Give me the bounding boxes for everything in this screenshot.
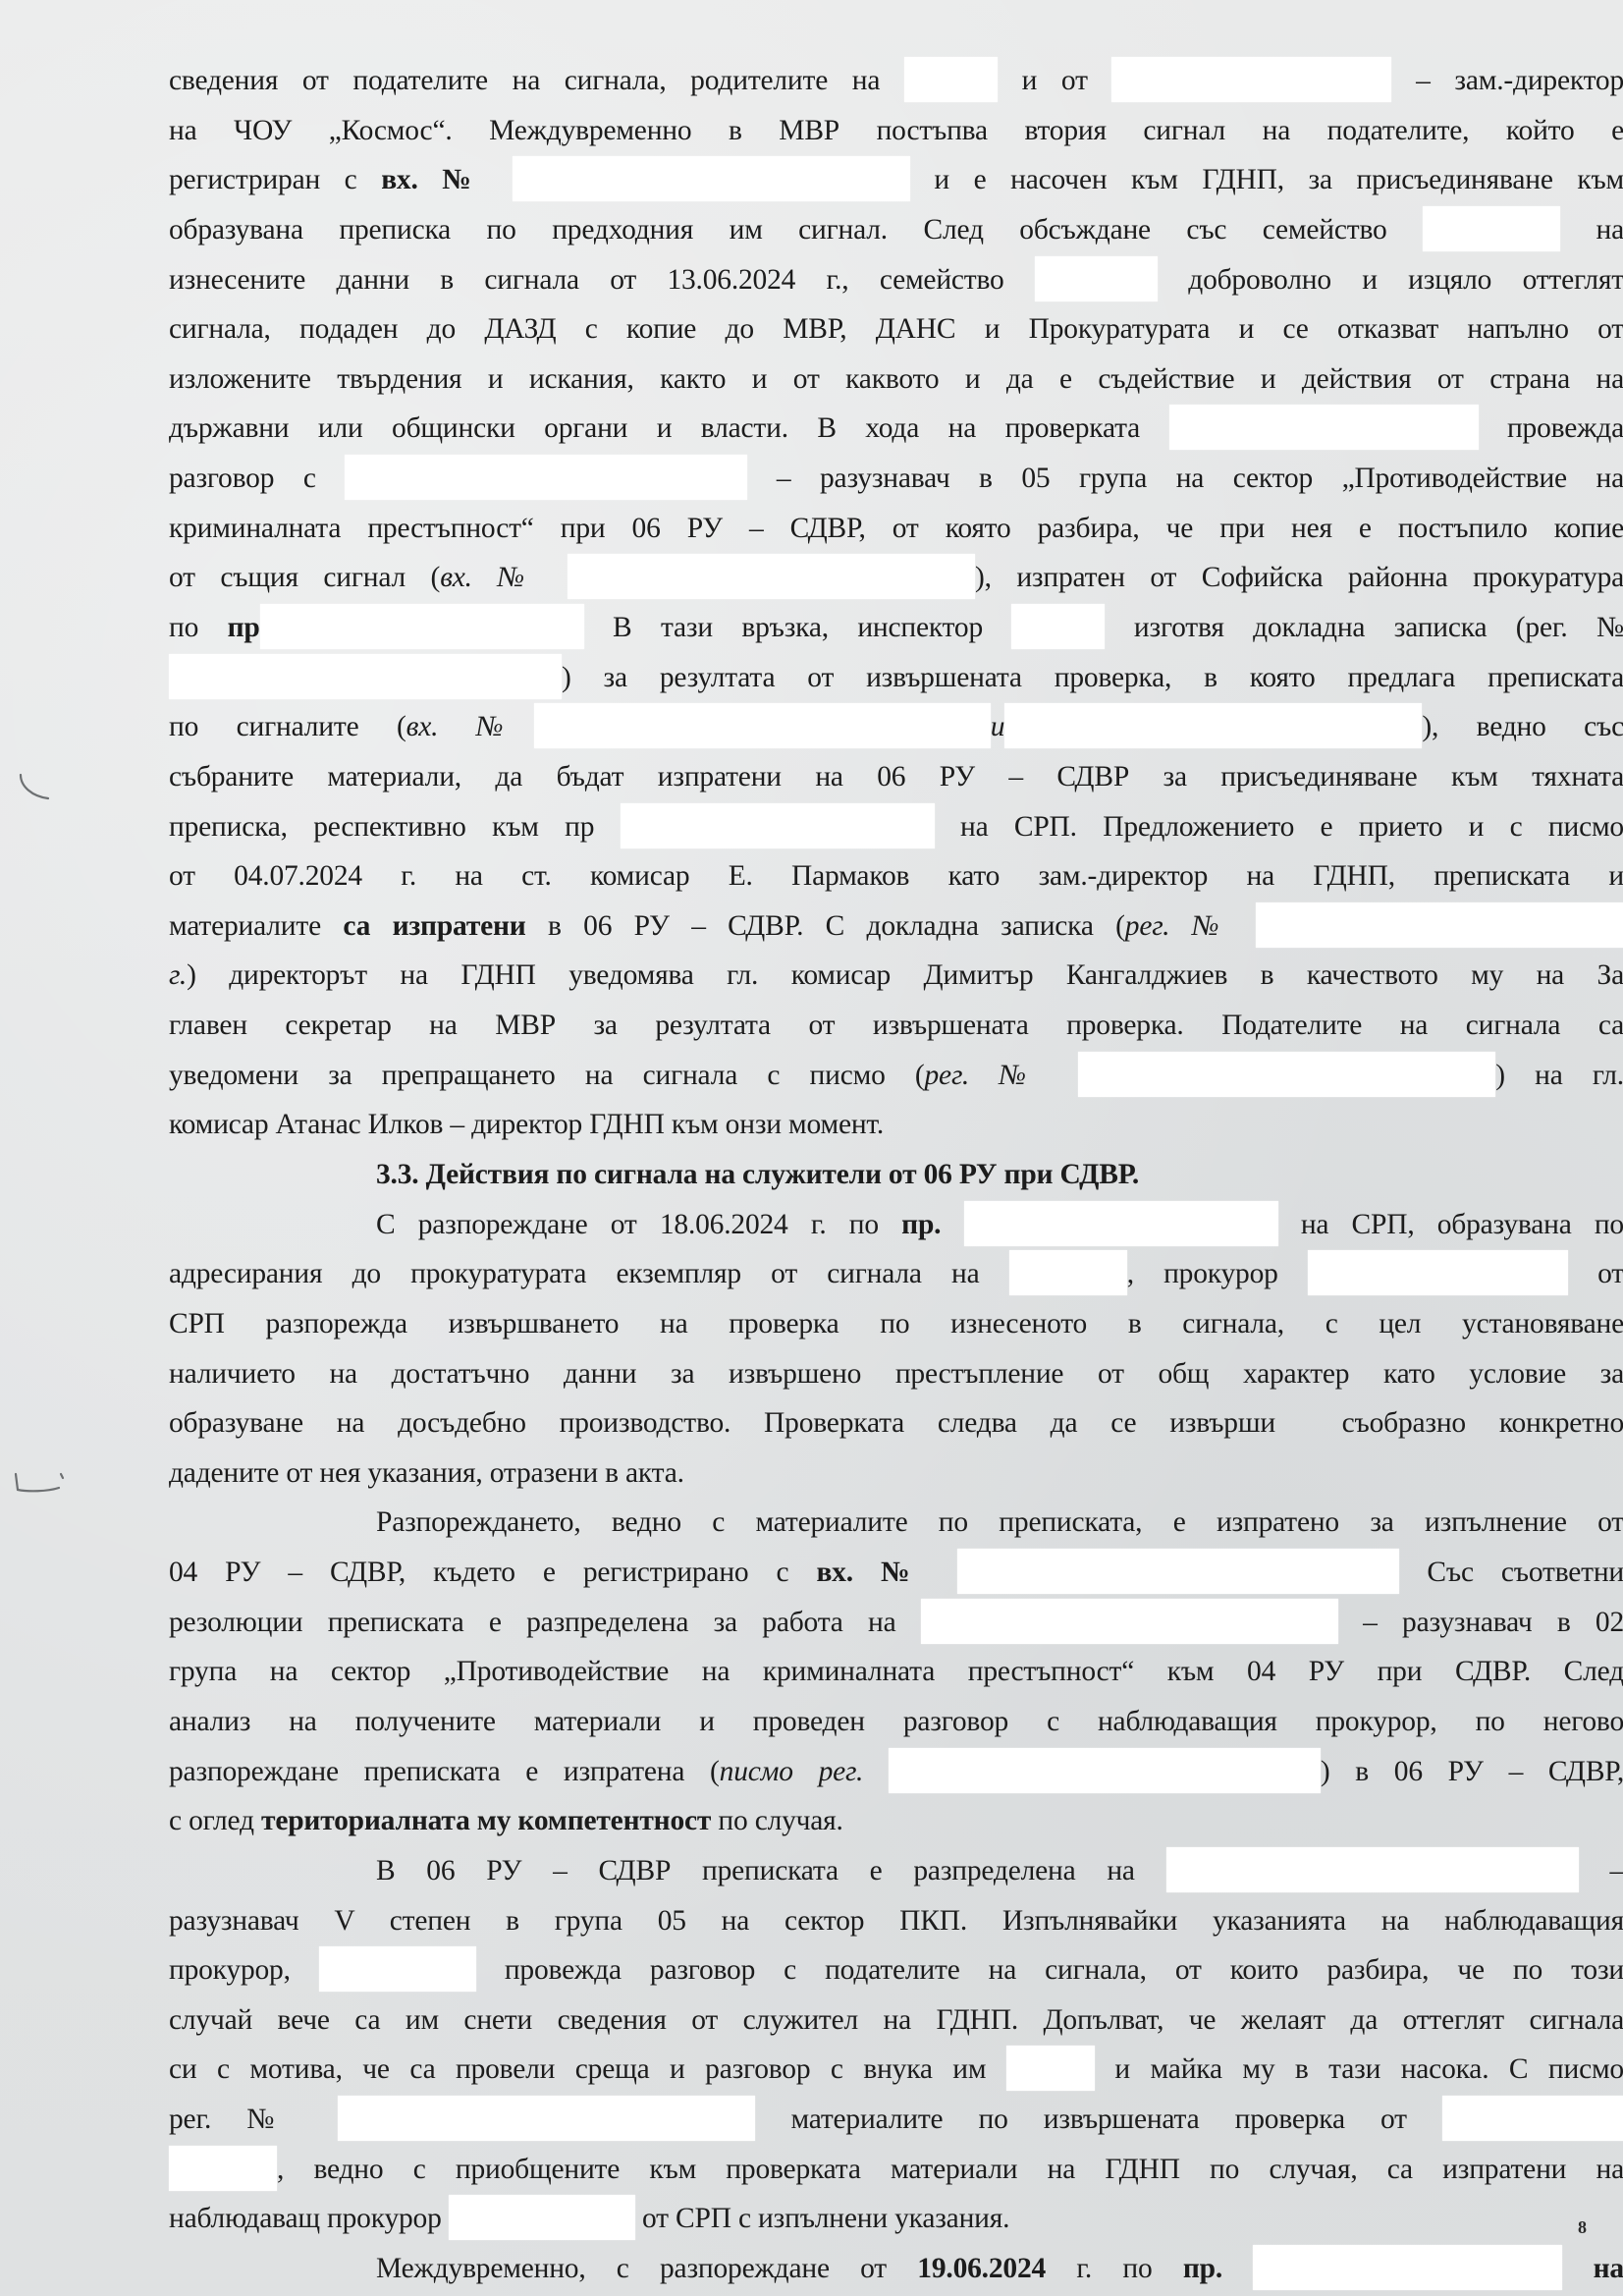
redaction-box <box>568 554 975 599</box>
text: и от <box>998 65 1112 96</box>
italic-text: г. <box>169 959 187 991</box>
text-line: си с мотива, че са провели среща и разго… <box>169 2050 1623 2089</box>
text: криминалната престъпност“ при 06 РУ – СД… <box>169 513 1623 544</box>
text-line: по сигналите (вх. №и), ведно със <box>169 707 1623 746</box>
text: по сигналите ( <box>169 711 406 742</box>
bold-text: териториалната му компетентност <box>261 1805 711 1836</box>
text <box>488 164 513 195</box>
redaction-box <box>1009 1250 1127 1295</box>
text <box>542 562 568 593</box>
italic-text: вх. № <box>406 711 534 742</box>
text-line: разузнавач V степен в група 05 на сектор… <box>169 1901 1623 1941</box>
text: от същия сигнал ( <box>169 562 440 593</box>
italic-text: и <box>991 711 1005 742</box>
text: В тази връзка, инспектор <box>584 612 1012 643</box>
text: комисар Атанас Илков – директор ГДНП към… <box>169 1109 884 1140</box>
redaction-box <box>1035 256 1158 301</box>
text: сигнала, подаден до ДАЗД с копие до МВР,… <box>169 313 1623 345</box>
redaction-box <box>169 654 562 699</box>
text: по случая. <box>711 1805 843 1836</box>
text-line: анализ на получените материали и проведе… <box>169 1702 1623 1741</box>
text <box>1222 2253 1253 2284</box>
text: по <box>169 612 228 643</box>
text-line: адресирания до прокуратурата екземпляр о… <box>169 1254 1623 1293</box>
text-line: група на сектор „Противодействие на крим… <box>169 1652 1623 1691</box>
text-line: държавни или общински органи и власти. В… <box>169 409 1623 448</box>
redaction-box <box>338 2096 755 2141</box>
text: 04 РУ – СДВР, където е регистрирано с <box>169 1557 816 1588</box>
bold-text: пр. <box>1183 2253 1222 2284</box>
text: образуване на досъдебно производство. Пр… <box>169 1407 1623 1439</box>
text: държавни или общински органи и власти. В… <box>169 412 1169 444</box>
text-line: Междувременно, с разпореждане от 19.06.2… <box>376 2249 1623 2288</box>
text: материалите по извършената проверка от <box>755 2104 1442 2135</box>
bold-text: вх. № <box>816 1557 930 1588</box>
text: материалите <box>169 910 343 942</box>
text-line: , ведно с приобщените към проверката мат… <box>169 2150 1623 2189</box>
text: си с мотива, че са провели среща и разго… <box>169 2053 1006 2085</box>
text-line: изложените твърдения и искания, както и … <box>169 359 1623 399</box>
redaction-box <box>1423 206 1560 251</box>
text-line: ) за резултата от извършената проверка, … <box>169 658 1623 697</box>
redaction-box <box>1004 703 1422 748</box>
text-line: от същия сигнал (вх. № ), изпратен от Со… <box>169 558 1623 597</box>
redaction-box <box>1078 1052 1495 1097</box>
text: наблюдаващ прокурор <box>169 2203 449 2234</box>
pen-mark-icon <box>15 771 64 810</box>
text-line: наличието на достатъчно данни за извърше… <box>169 1354 1623 1394</box>
text-line: дадените от нея указания, отразени в акт… <box>169 1453 1623 1493</box>
redaction-box <box>957 1549 1399 1594</box>
text-line: разговор с – разузнавач в 05 група на се… <box>169 459 1623 498</box>
bold-text: вх. № <box>381 164 488 195</box>
text: случай вече са им снети сведения от служ… <box>169 2004 1623 2036</box>
redaction-box <box>1308 1250 1568 1295</box>
redaction-box <box>921 1599 1338 1644</box>
text-line: СРП разпорежда извършването на проверка … <box>169 1304 1623 1343</box>
text: Междувременно, с разпореждане от <box>376 2253 917 2284</box>
text: от СРП с изпълнени указания. <box>635 2203 1009 2234</box>
document-page: сведения от подателите на сигнала, родит… <box>0 0 1623 2296</box>
text-line: на ЧОУ „Космос“. Междувременно в МВР пос… <box>169 111 1623 150</box>
italic-text: рег. № <box>1125 910 1234 942</box>
text-line: изнесените данни в сигнала от 13.06.2024… <box>169 260 1623 300</box>
text: на <box>1560 214 1623 246</box>
redaction-box <box>319 1946 476 1992</box>
italic-text: писмо рег. <box>720 1756 863 1787</box>
text: анализ на получените материали и проведе… <box>169 1706 1623 1737</box>
text: . <box>1132 1159 1139 1190</box>
pen-mark-icon <box>8 1468 67 1507</box>
text: – разузнавач в 02 <box>1338 1607 1623 1638</box>
text-line: преписка, респективно към пр на СРП. Пре… <box>169 807 1623 847</box>
text: – разузнавач в 05 група на сектор „Проти… <box>747 463 1623 494</box>
text: , ведно с приобщените към проверката мат… <box>277 2154 1623 2185</box>
text: ) в 06 РУ – СДВР, <box>1321 1756 1623 1787</box>
text-line: уведомени за препращането на сигнала с п… <box>169 1056 1623 1095</box>
redaction-box <box>889 1748 1321 1793</box>
text-line: образуване на досъдебно производство. Пр… <box>169 1403 1623 1443</box>
text-line: материалите са изпратени в 06 РУ – СДВР.… <box>169 906 1623 946</box>
text: преписка, респективно към пр <box>169 811 621 843</box>
text-line: криминалната престъпност“ при 06 РУ – СД… <box>169 509 1623 548</box>
text: С разпореждане от 18.06.2024 г. по <box>376 1209 901 1240</box>
bold-text: . Действия по сигнала на служители от 06… <box>411 1159 1132 1190</box>
text-line: по пр В тази връзка, инспектор изготвя д… <box>169 608 1623 647</box>
text: , прокурор <box>1127 1258 1308 1289</box>
text: ), ведно със <box>1422 711 1623 742</box>
text: с оглед <box>169 1805 261 1836</box>
text: образувана преписка по предходния им сиг… <box>169 214 1423 246</box>
text-line: случай вече са им снети сведения от служ… <box>169 2000 1623 2040</box>
italic-text: вх. № <box>440 562 542 593</box>
bold-text: на <box>1562 2253 1623 2284</box>
text: от <box>1568 1258 1623 1289</box>
text <box>941 1209 963 1240</box>
text: сведения от подателите на сигнала, родит… <box>169 65 904 96</box>
bold-text: пр. <box>901 1209 941 1240</box>
text: група на сектор „Противодействие на крим… <box>169 1656 1623 1687</box>
text: Със съответни <box>1399 1557 1623 1588</box>
text <box>930 1557 957 1588</box>
redaction-box <box>345 455 747 500</box>
text: г. по <box>1046 2253 1183 2284</box>
text: ) за резултата от извършената проверка, … <box>562 662 1623 693</box>
text: главен секретар на МВР за резултата от и… <box>169 1010 1623 1041</box>
text: от 04.07.2024 г. на ст. комисар Е. Парма… <box>169 860 1623 892</box>
bold-text: пр <box>228 612 260 643</box>
text: разпореждане преписката е изпратена ( <box>169 1756 720 1787</box>
text-line: С разпореждане от 18.06.2024 г. по пр. н… <box>376 1205 1623 1244</box>
text: наличието на достатъчно данни за извърше… <box>169 1358 1623 1390</box>
text-line: сведения от подателите на сигнала, родит… <box>169 61 1623 100</box>
text: разузнавач V степен в група 05 на сектор… <box>169 1905 1623 1937</box>
italic-text: рег. № <box>925 1060 1050 1091</box>
text <box>1234 910 1256 942</box>
text-line: 04 РУ – СДВР, където е регистрирано с вх… <box>169 1553 1623 1592</box>
text: разговор с <box>169 463 345 494</box>
redaction-box <box>513 156 910 201</box>
redaction-box <box>260 604 584 649</box>
text: 3.3 <box>376 1159 411 1190</box>
text: В 06 РУ – СДВР преписката е разпределена… <box>376 1855 1166 1886</box>
text: изнесените данни в сигнала от 13.06.2024… <box>169 264 1035 296</box>
text-line: с оглед териториалната му компетентност … <box>169 1801 1623 1840</box>
text: адресирания до прокуратурата екземпляр о… <box>169 1258 1009 1289</box>
text-line: регистриран с вх. № и е насочен към ГДНП… <box>169 160 1623 199</box>
text: ), изпратен от Софийска районна прокурат… <box>975 562 1623 593</box>
text: Разпореждането, ведно с материалите по п… <box>376 1506 1623 1538</box>
text: – зам.-директор <box>1391 65 1623 96</box>
text: изготвя докладна записка (рег. № <box>1105 612 1623 643</box>
text: доброволно и изцяло оттеглят <box>1158 264 1623 296</box>
text: ) директорът на ГДНП уведомява гл. комис… <box>187 959 1623 991</box>
text: събраните материали, да бъдат изпратени … <box>169 761 1623 793</box>
redaction-box <box>1006 2046 1095 2091</box>
text: на СРП. Предложението е прието и с писмо <box>935 811 1623 843</box>
redaction-box <box>169 2146 277 2191</box>
text: – <box>1579 1855 1623 1886</box>
text: изложените твърдения и искания, както и … <box>169 363 1623 395</box>
text: на СРП, образувана по <box>1278 1209 1623 1240</box>
redaction-box <box>1442 2096 1623 2141</box>
text: уведомени за препращането на сигнала с п… <box>169 1060 925 1091</box>
text: СРП разпорежда извършването на проверка … <box>169 1308 1623 1339</box>
text-line: събраните материали, да бъдат изпратени … <box>169 757 1623 796</box>
section-heading: 3.3. Действия по сигнала на служители от… <box>376 1155 1623 1194</box>
text-line: разпореждане преписката е изпратена (пис… <box>169 1752 1623 1791</box>
text: регистриран с <box>169 164 381 195</box>
text-line: В 06 РУ – СДВР преписката е разпределена… <box>376 1851 1623 1890</box>
text: на ЧОУ „Космос“. Междувременно в МВР пос… <box>169 115 1623 146</box>
text <box>1049 1060 1078 1091</box>
text <box>863 1756 889 1787</box>
redaction-box <box>904 57 998 102</box>
text-line: образувана преписка по предходния им сиг… <box>169 210 1623 249</box>
text-line: резолюции преписката е разпределена за р… <box>169 1603 1623 1642</box>
redaction-box <box>1166 1847 1579 1892</box>
text: дадените от нея указания, отразени в акт… <box>169 1457 684 1489</box>
text: и майка му в тази насока. С писмо <box>1095 2053 1623 2085</box>
redaction-box <box>1253 2245 1562 2290</box>
text-line: Разпореждането, ведно с материалите по п… <box>376 1503 1623 1542</box>
text: в 06 РУ – СДВР. С докладна записка ( <box>526 910 1125 942</box>
text-line: сигнала, подаден до ДАЗД с копие до МВР,… <box>169 309 1623 349</box>
redaction-box <box>1011 604 1105 649</box>
text: рег. № <box>169 2104 338 2135</box>
redaction-box <box>449 2195 635 2240</box>
bold-text: са изпратени <box>343 910 525 942</box>
text-line: наблюдаващ прокурор от СРП с изпълнени у… <box>169 2199 1623 2238</box>
text: и е насочен към ГДНП, за присъединяване … <box>910 164 1623 195</box>
text: провежда разговор с подателите на сигнал… <box>476 1954 1623 1986</box>
text-line: главен секретар на МВР за резултата от и… <box>169 1006 1623 1045</box>
text-line: комисар Атанас Илков – директор ГДНП към… <box>169 1105 1623 1144</box>
redaction-box <box>964 1201 1278 1246</box>
bold-text: 19.06.2024 <box>917 2253 1046 2284</box>
text-line: г.) директорът на ГДНП уведомява гл. ком… <box>169 956 1623 995</box>
redaction-box <box>534 703 991 748</box>
redaction-box <box>1256 902 1623 948</box>
text-line: от 04.07.2024 г. на ст. комисар Е. Парма… <box>169 856 1623 896</box>
text: провежда <box>1479 412 1623 444</box>
text-line: прокурор, провежда разговор с подателите… <box>169 1950 1623 1990</box>
redaction-box <box>1169 405 1479 450</box>
redaction-box <box>1111 57 1391 102</box>
text: прокурор, <box>169 1954 319 1986</box>
text-line: рег. № материалите по извършената провер… <box>169 2100 1623 2139</box>
text: ) на гл. <box>1495 1060 1623 1091</box>
text: резолюции преписката е разпределена за р… <box>169 1607 921 1638</box>
page-number: 8 <box>1578 2217 1587 2238</box>
redaction-box <box>621 803 935 848</box>
